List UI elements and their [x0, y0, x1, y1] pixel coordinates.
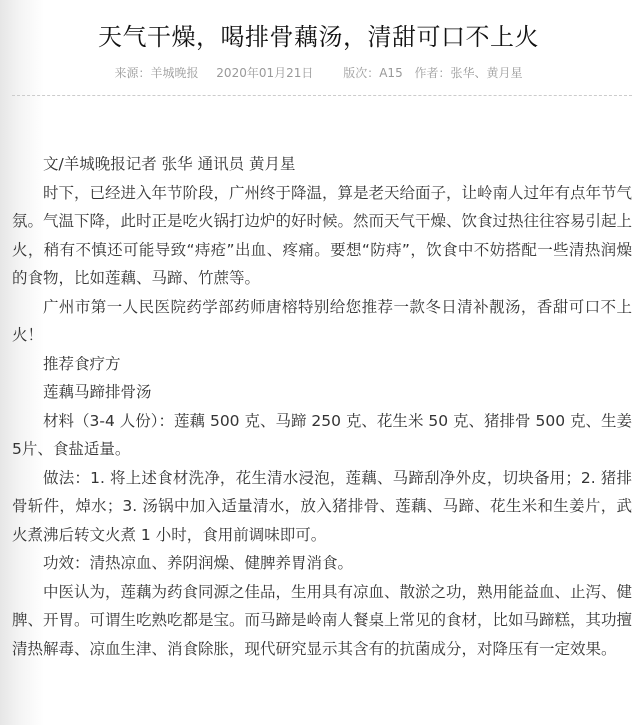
recommendation-paragraph: 广州市第一人民医院药学部药师唐榕特别给您推荐一款冬日清补靓汤，香甜可口不上火！	[12, 293, 632, 350]
efficacy-paragraph: 功效：清热凉血、养阴润燥、健脾养胃消食。	[12, 549, 632, 578]
intro-paragraph: 时下，已经进入年节阶段，广州终于降温，算是老天给面子，让岭南人过年有点年节气氛。…	[12, 179, 632, 293]
method-paragraph: 做法：1. 将上述食材洗净，花生清水浸泡，莲藕、马蹄刮净外皮，切块备用；2. 猪…	[12, 464, 632, 550]
ingredients-paragraph: 材料（3-4 人份）：莲藕 500 克、马蹄 250 克、花生米 50 克、猪排…	[12, 407, 632, 464]
recipe-name: 莲藕马蹄排骨汤	[12, 378, 632, 407]
meta-edition: 版次：A15	[343, 64, 402, 82]
tcm-explanation-paragraph: 中医认为，莲藕为药食同源之佳品，生用具有凉血、散淤之功，熟用能益血、止泻、健脾、…	[12, 578, 632, 664]
meta-author: 作者：张华、黄月星	[415, 64, 523, 82]
dashed-divider	[12, 95, 632, 96]
article-body: 文/羊城晚报记者 张华 通讯员 黄月星 时下，已经进入年节阶段，广州终于降温，算…	[12, 150, 632, 663]
byline-paragraph: 文/羊城晚报记者 张华 通讯员 黄月星	[12, 150, 632, 179]
meta-date: 2020年01月21日	[216, 64, 313, 82]
article-meta: 来源：羊城晚报 2020年01月21日 版次：A15 作者：张华、黄月星	[0, 64, 637, 82]
section-heading-recipe: 推荐食疗方	[12, 350, 632, 379]
article: 天气干燥，喝排骨藕汤，清甜可口不上火 来源：羊城晚报 2020年01月21日 版…	[0, 0, 637, 725]
article-title: 天气干燥，喝排骨藕汤，清甜可口不上火	[0, 20, 637, 54]
meta-source: 来源：羊城晚报	[114, 64, 198, 82]
